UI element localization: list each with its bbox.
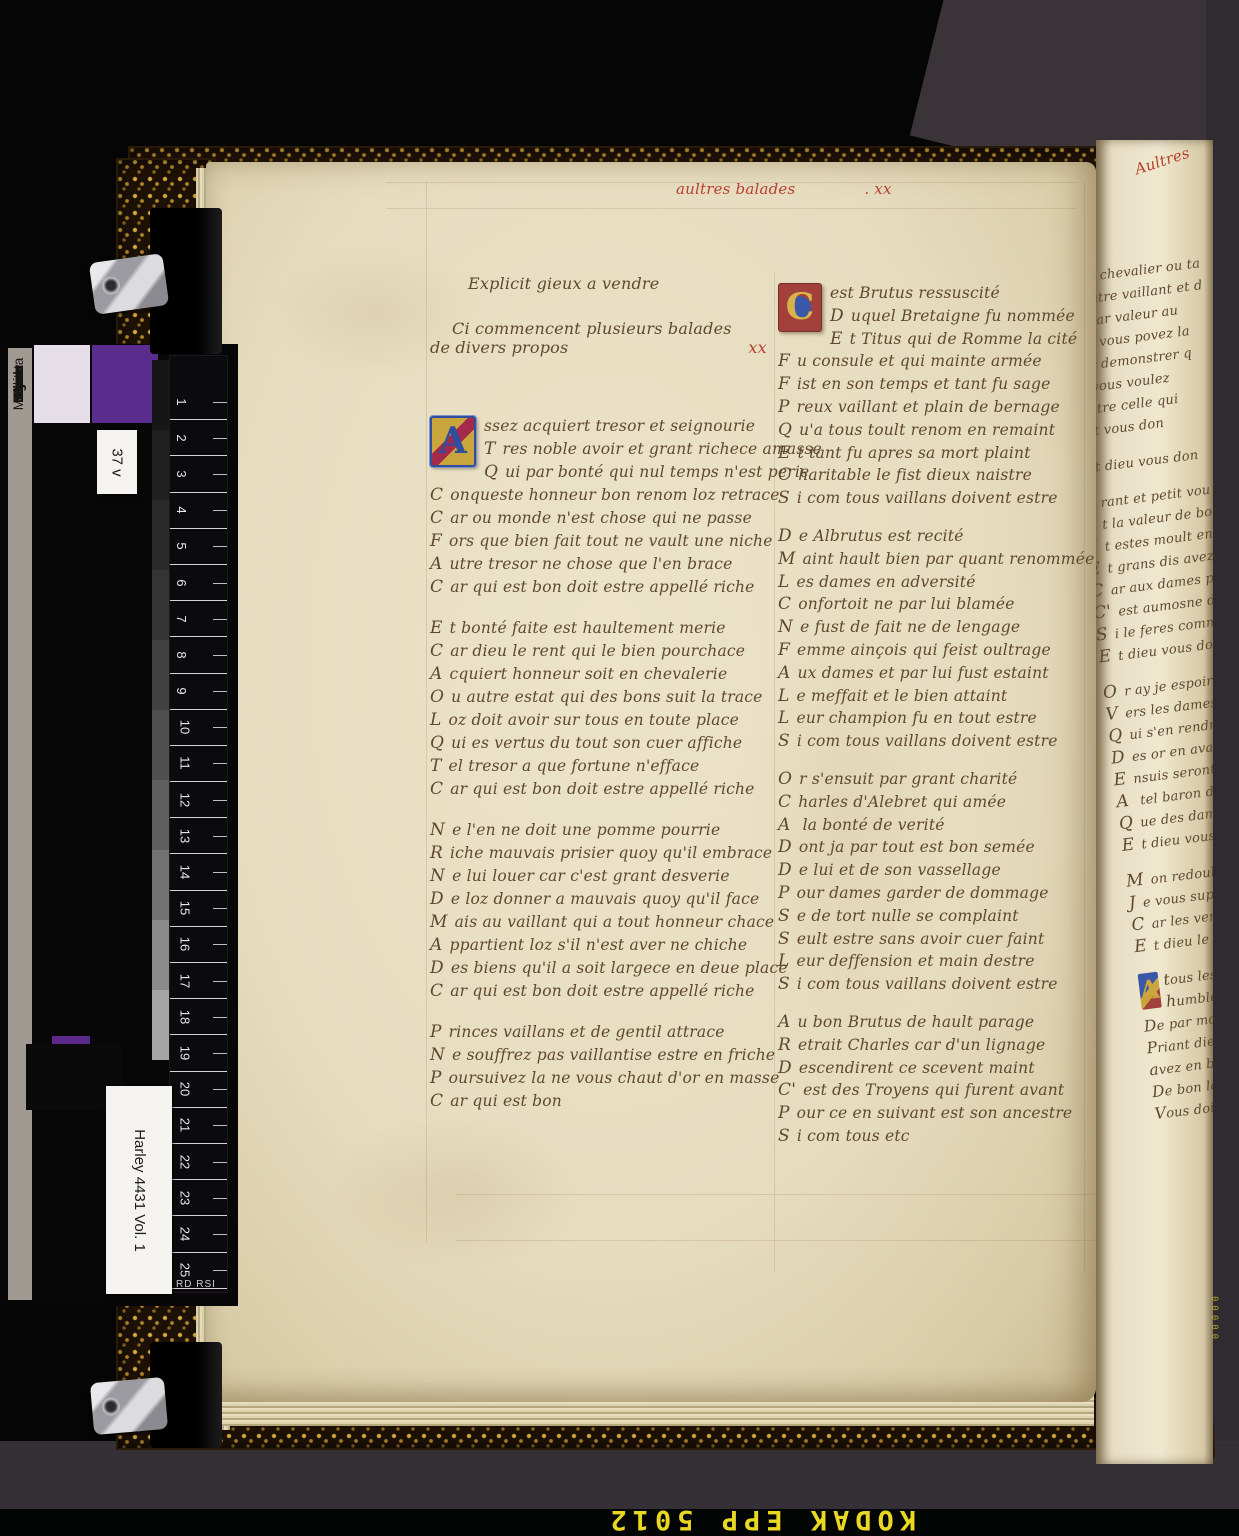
ruler-cell: 4 — [170, 493, 227, 529]
stanza: De Albrutus est recitéMaint hault bien p… — [778, 525, 1108, 753]
verse-line: Car ou monde n'est chose qui ne passe — [430, 507, 790, 530]
running-title-number: . xx — [864, 180, 891, 198]
stanza: C est Brutus ressuscité Duquel Bretaigne… — [778, 282, 1108, 510]
decorated-initial-c: C — [778, 283, 822, 332]
ruler-half-tick — [213, 546, 227, 547]
edge-stanza: Grant et petit vouEt la valeur de boEt e… — [1096, 476, 1213, 669]
ruler-half-tick — [213, 836, 227, 837]
verse-line: Maint hault bien par quant renommée — [778, 548, 1108, 571]
verse-line: Ne l'en ne doit une pomme pourrie — [430, 819, 790, 842]
verse-line: Descendirent ce scevent maint — [778, 1057, 1108, 1080]
ruler-scale: 1 2 3 4 5 — [170, 384, 227, 1289]
envoy: Au bon Brutus de hault parageRetrait Cha… — [778, 1011, 1108, 1148]
parchment-stain — [326, 1112, 586, 1272]
verse-line: Qui par bonté qui nul temps n'est perie — [430, 461, 790, 484]
ruler-cell: 8 — [170, 637, 227, 673]
verse-line: Des biens qu'il a soit largece en deue p… — [430, 957, 790, 980]
ruler-cell: 2 — [170, 420, 227, 456]
stanza: A ssez acquiert tresor et seignourie Tre… — [430, 415, 790, 599]
ruler-cell: 15 — [170, 891, 227, 927]
verse-line: Le meffait et le bien attaint — [778, 685, 1108, 708]
verse-line: Poursuivez la ne vous chaut d'or en mass… — [430, 1067, 790, 1090]
ruler-number: 19 — [178, 1046, 193, 1060]
ruling-line — [456, 1194, 1096, 1195]
ruler-number: 5 — [174, 543, 189, 550]
ruler-cell: 11 — [170, 746, 227, 782]
binder-clip-handle — [89, 253, 170, 315]
verse-line: Autre tresor ne chose que l'en brace — [430, 553, 790, 576]
gray-step — [152, 500, 170, 570]
ruler-number: 15 — [178, 901, 193, 915]
verse-line: Or s'ensuit par grant charité — [778, 768, 1108, 791]
ruler-half-tick — [213, 1017, 227, 1018]
verse-line: Qu'a tous toult renom en remaint — [778, 419, 1108, 442]
verse-line: Leur deffension et main destre — [778, 950, 1108, 973]
ruler-half-tick — [213, 402, 227, 403]
ruler-number: 1 — [174, 398, 189, 405]
ruler-half-tick — [213, 981, 227, 982]
stanza: Et bonté faite est haultement merieCar d… — [430, 617, 790, 801]
verse-line: Princes vaillans et de gentil attrace — [430, 1021, 790, 1044]
ruler-number: 17 — [178, 973, 193, 987]
verse-line: Qui es vertus du tout son cuer affiche — [430, 732, 790, 755]
edge-lines: on chevalier ou tauatre vaillant et dQui… — [1096, 252, 1213, 445]
right-text-column: C est Brutus ressuscité Duquel Bretaigne… — [778, 282, 1108, 1163]
verse-line: Tel tresor a que fortune n'efface — [430, 755, 790, 778]
ruler-half-tick — [213, 474, 227, 475]
gray-step — [152, 570, 170, 640]
ruler-cell: 10 — [170, 710, 227, 746]
verse-line: Confortoit ne par lui blamée — [778, 593, 1108, 616]
stanza-lines: Tres noble avoir et grant richece amasse… — [430, 438, 790, 599]
verse-line: Et Titus qui de Romme la cité — [778, 328, 1108, 351]
stanza: Ne l'en ne doit une pomme pourrieRiche m… — [430, 819, 790, 1003]
incipit-number: xx — [748, 338, 766, 357]
verse-line: Les dames en adversité — [778, 571, 1108, 594]
ruler-cell: 23 — [170, 1180, 227, 1216]
ruler-number: 3 — [174, 470, 189, 477]
ruler-cell: 16 — [170, 927, 227, 963]
ruler-cell: 20 — [170, 1072, 227, 1108]
verse-line: De lui et de son vassellage — [778, 859, 1108, 882]
verse-line: Loz doit avoir sur tous en toute place — [430, 709, 790, 732]
ruler-half-tick — [213, 655, 227, 656]
gray-step — [152, 710, 170, 780]
verse-line: Et bonté faite est haultement merie — [430, 617, 790, 640]
ruler-number: 13 — [178, 829, 193, 843]
grayscale-wedge — [152, 360, 170, 1060]
verse-line: Si com tous vaillans doivent estre — [778, 730, 1108, 753]
ruler-number: 23 — [178, 1190, 193, 1204]
next-folio-edge: Aultres B on chevalier ou tauatre vailla… — [1096, 140, 1213, 1464]
verse-line: Preux vaillant et plain de bernage — [778, 396, 1108, 419]
ruler-number: 8 — [174, 651, 189, 658]
incipit-line: de divers proposxx — [430, 338, 790, 357]
verse-line: Pour dames garder de dommage — [778, 882, 1108, 905]
verse-line: C'est des Troyens qui furent avant — [778, 1079, 1108, 1102]
ruling-line — [386, 208, 1076, 209]
edge-stanza: Mon redoubté seigJe vous suppli meCar le… — [1125, 854, 1213, 960]
manuscript-photo: aultres balades . xx Explicit gieux a ve… — [0, 0, 1239, 1536]
ruler-number: 7 — [174, 615, 189, 622]
ruler-cell: 22 — [170, 1144, 227, 1180]
ruler-number: 24 — [178, 1227, 193, 1241]
binder-clip-handle — [90, 1377, 168, 1435]
ruler-number: 14 — [178, 865, 193, 879]
verse-line: De loz donner a mauvais quoy qu'il face — [430, 888, 790, 911]
ruler-number: 21 — [178, 1118, 193, 1132]
incipit-line: Ci commencent plusieurs balades — [452, 319, 790, 338]
ruler-half-tick — [213, 510, 227, 511]
verse-line: Pour ce en suivant est son ancestre — [778, 1102, 1108, 1125]
verse-line: est Brutus ressuscité — [778, 282, 1108, 305]
ruler-cell: 5 — [170, 529, 227, 565]
ruler-number: 22 — [178, 1154, 193, 1168]
verse-line-fragment: Et dieu vous don — [1096, 441, 1213, 481]
verse-line: De Albrutus est recité — [778, 525, 1108, 548]
verse-line: Charitable le fist dieux naistre — [778, 464, 1108, 487]
verse-line: Mais au vaillant qui a tout honneur chac… — [430, 911, 790, 934]
gray-step — [152, 920, 170, 990]
ruler-number: 18 — [178, 1010, 193, 1024]
edge-stanza: Or ay je espoir quVers les dames deQui s… — [1102, 665, 1213, 858]
ruler-cell: 19 — [170, 1035, 227, 1071]
verse-line: Duquel Bretaigne fu nommée — [778, 305, 1108, 328]
ruler-footer-text: RD RSI — [176, 1279, 216, 1290]
edge-text-fragments: B on chevalier ou tauatre vaillant et dQ… — [1096, 252, 1213, 1140]
ruler-number: 16 — [178, 937, 193, 951]
stanza: Or s'ensuit par grant charitéCharles d'A… — [778, 768, 1108, 996]
verse-line: Ou autre estat qui des bons suit la trac… — [430, 686, 790, 709]
ruler-number: 10 — [178, 720, 193, 734]
ruler-number: 6 — [174, 579, 189, 586]
ruler-number: 20 — [178, 1082, 193, 1096]
verse-line: Seult estre sans avoir cuer faint — [778, 928, 1108, 951]
verse-line: Femme ainçois qui feist oultrage — [778, 639, 1108, 662]
running-title-text: aultres balades — [676, 180, 795, 198]
verse-line: Conqueste honneur bon renom loz retrace — [430, 484, 790, 507]
ruler-cell: 6 — [170, 565, 227, 601]
ruler-half-tick — [213, 583, 227, 584]
color-chart-row: Blue — [8, 344, 152, 424]
edge-stanza: B on chevalier ou tauatre vaillant et dQ… — [1096, 252, 1213, 445]
verse-line: Au bon Brutus de hault parage — [778, 1011, 1108, 1034]
verse-line: Car dieu le rent qui le bien pourchace — [430, 640, 790, 663]
gray-step — [152, 640, 170, 710]
verse-line: Appartient loz s'il n'est aver ne chiche — [430, 934, 790, 957]
gray-step — [152, 430, 170, 500]
verse-line: A la bonté de verité — [778, 814, 1108, 837]
manuscript-page: aultres balades . xx Explicit gieux a ve… — [206, 162, 1096, 1402]
ruler-half-tick — [213, 1125, 227, 1126]
envoy: Princes vaillans et de gentil attraceNe … — [430, 1021, 790, 1113]
left-text-column: Explicit gieux a vendre Ci commencent pl… — [430, 274, 790, 1131]
shelfmark-label: Harley 4431 Vol. 1 — [106, 1086, 172, 1294]
edge-stanza: Et dieu vous don — [1096, 441, 1213, 481]
film-edge-marks: 00000 — [1209, 1296, 1219, 1343]
decorated-initial-a: A — [430, 416, 476, 467]
ruler-cell: 24 — [170, 1216, 227, 1252]
verse-line: Dont ja par tout est bon semée — [778, 836, 1108, 859]
edge-running-title: Aultres — [1133, 144, 1192, 179]
ruler-number: 12 — [178, 792, 193, 806]
ruler-half-tick — [213, 763, 227, 764]
ruler-cell: 13 — [170, 818, 227, 854]
ruler-cell: 3 — [170, 456, 227, 492]
ruler-half-tick — [213, 944, 227, 945]
color-swatch-full — [92, 345, 158, 423]
centimeter-ruler: 1 2 3 4 5 — [170, 356, 227, 1292]
ruler-half-tick — [213, 727, 227, 728]
ruler-cell: 1 — [170, 384, 227, 420]
ruler-half-tick — [213, 619, 227, 620]
ruler-cell: 12 — [170, 782, 227, 818]
verse-line: Ne lui louer car c'est grant desverie — [430, 865, 790, 888]
verse-line: Car qui est bon doit estre appellé riche — [430, 576, 790, 599]
ruler-number: 25 — [178, 1263, 193, 1277]
ruler-cell: 21 — [170, 1108, 227, 1144]
ruler-cell: 14 — [170, 854, 227, 890]
ruler-number: 11 — [177, 757, 192, 771]
verse-line: Si com tous vaillans doivent estre — [778, 487, 1108, 510]
ruler-half-tick — [213, 800, 227, 801]
color-swatch-pale — [34, 345, 90, 423]
decorated-initial-small: A — [1138, 972, 1162, 1010]
ruler-half-tick — [213, 1162, 227, 1163]
verse-line: Aux dames et par lui fust estaint — [778, 662, 1108, 685]
verse-line: Car qui est bon doit estre appellé riche — [430, 980, 790, 1003]
verse-line: Leur champion fu en tout estre — [778, 707, 1108, 730]
ruler-half-tick — [213, 1270, 227, 1271]
ruler-cell: 7 — [170, 601, 227, 637]
verse-line: Et tant fu apres sa mort plaint — [778, 442, 1108, 465]
verse-line: Retrait Charles car d'un lignage — [778, 1034, 1108, 1057]
running-title: aultres balades . xx — [676, 180, 892, 198]
ruler-half-tick — [213, 872, 227, 873]
verse-line: Fist en son temps et tant fu sage — [778, 373, 1108, 396]
ruling-line — [426, 182, 427, 1242]
ruler-half-tick — [213, 1089, 227, 1090]
verse-line: Fors que bien fait tout ne vault une nic… — [430, 530, 790, 553]
verse-line: ssez acquiert tresor et seignourie — [430, 415, 790, 438]
stanza-lines: Duquel Bretaigne fu nomméeEt Titus qui d… — [778, 305, 1108, 510]
verse-line: Se de tort nulle se complaint — [778, 905, 1108, 928]
ruler-number: 2 — [174, 434, 189, 441]
ruler-half-tick — [213, 908, 227, 909]
ruler-cell: 17 — [170, 963, 227, 999]
gray-step — [152, 850, 170, 920]
verse-line: Car qui est bon doit estre appellé riche — [430, 778, 790, 801]
verse-line: Fu consule et qui mainte armée — [778, 350, 1108, 373]
film-stock-text: KODAK EPP 5012 — [556, 1504, 916, 1535]
folio-number-label: 37 v — [97, 430, 137, 494]
ruler-half-tick — [213, 438, 227, 439]
ballade-1: A ssez acquiert tresor et seignourie Tre… — [430, 415, 790, 1113]
ruler-cell: 9 — [170, 674, 227, 710]
color-chart-label-strip — [8, 348, 32, 1300]
ruler-number: 9 — [174, 687, 189, 694]
ruling-line — [456, 1240, 1096, 1241]
verse-line: Riche mauvais prisier quoy qu'il embrace — [430, 842, 790, 865]
ruler-number: 4 — [174, 507, 189, 514]
ruler-half-tick — [213, 1234, 227, 1235]
verse-line: Charles d'Alebret qui amée — [778, 791, 1108, 814]
verse-line: Acquiert honneur soit en chevalerie — [430, 663, 790, 686]
verse-line: Car qui est bon — [430, 1090, 790, 1113]
edge-stanza: A tous les chevalihumble recommDe par mo… — [1137, 955, 1213, 1126]
gray-step — [152, 780, 170, 850]
gray-step — [152, 990, 170, 1060]
ruler-cell: 18 — [170, 999, 227, 1035]
verse-line: Tres noble avoir et grant richece amasse — [430, 438, 790, 461]
verse-line: Ne fust de fait ne de lengage — [778, 616, 1108, 639]
gray-step — [152, 360, 170, 430]
verse-line: Ne souffrez pas vaillantise estre en fri… — [430, 1044, 790, 1067]
ruler-half-tick — [213, 691, 227, 692]
ruler-half-tick — [213, 1198, 227, 1199]
verse-line: Si com tous etc — [778, 1125, 1108, 1148]
ruler-half-tick — [213, 1053, 227, 1054]
explicit-rubric: Explicit gieux a vendre — [468, 274, 790, 293]
verse-line: Si com tous vaillans doivent estre — [778, 973, 1108, 996]
